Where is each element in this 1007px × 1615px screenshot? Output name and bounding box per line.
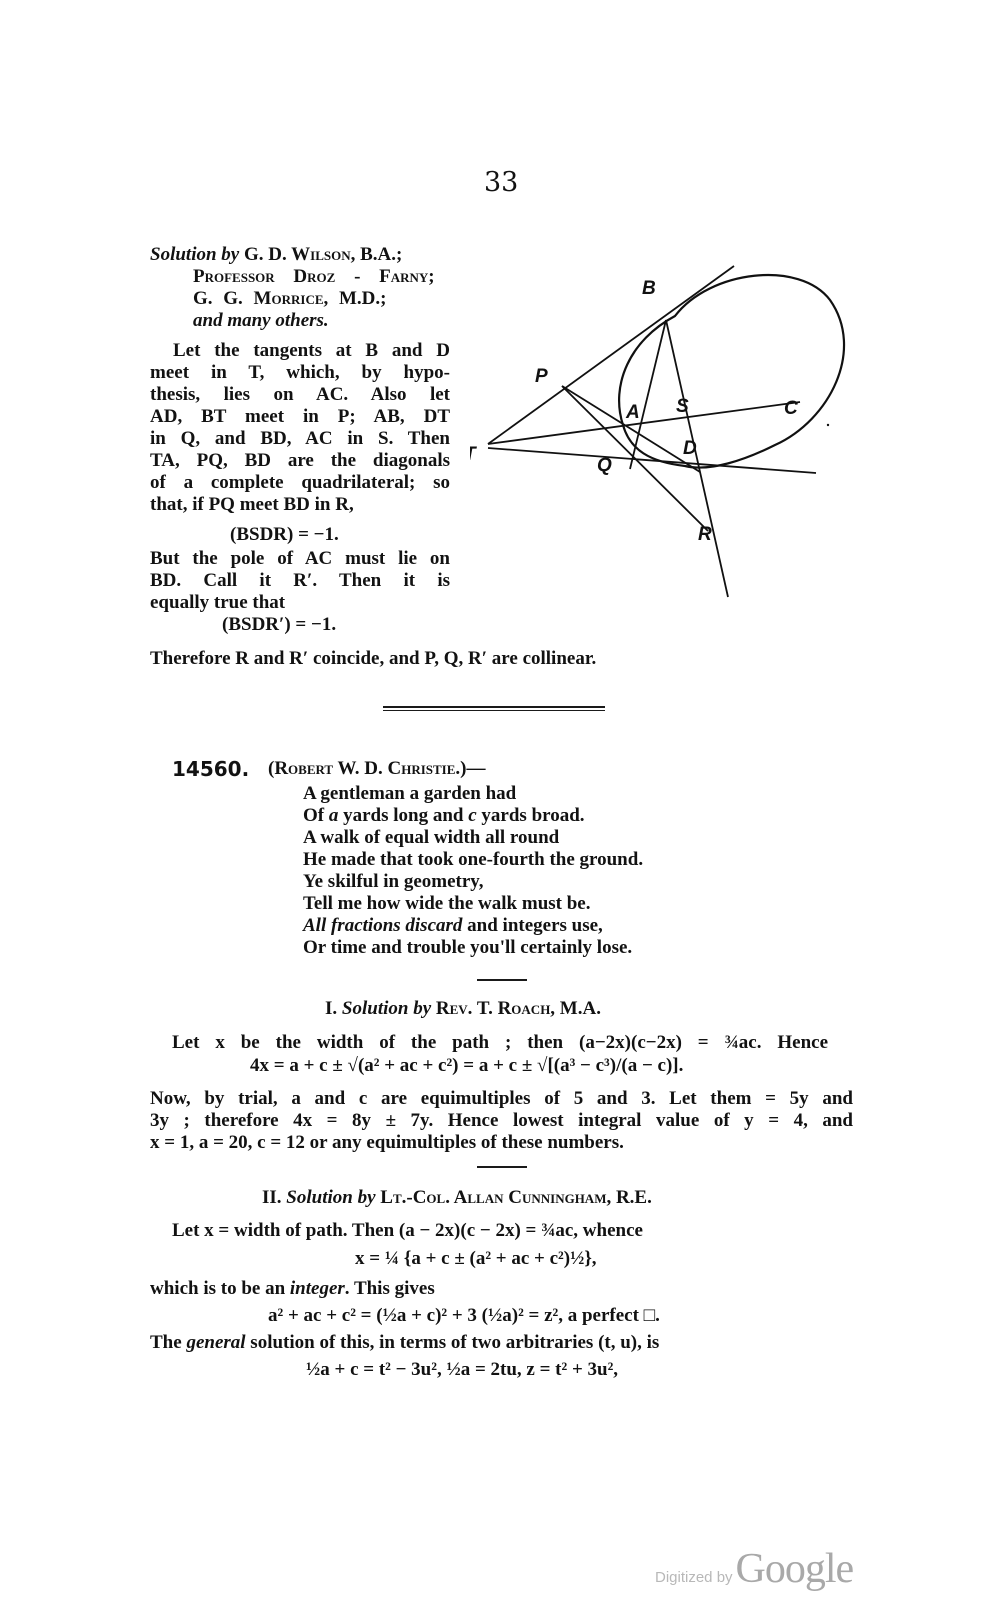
digitized-by-text: Digitized by: [655, 1569, 733, 1586]
label-D: D: [683, 438, 697, 459]
equation-bsdr-prime: (BSDR′) = −1.: [222, 614, 336, 636]
wilson-paragraph-2: But the pole of AC must lie on BD. Call …: [150, 548, 450, 614]
roach-line-5: x = 1, a = 20, c = 12 or any equimultipl…: [150, 1132, 624, 1154]
label-B: B: [642, 278, 656, 299]
label-T: T: [470, 444, 477, 465]
roach-line-3: Now, by trial, a and c are equimultiples…: [150, 1088, 853, 1110]
verse-line: Ye skilful in geometry,: [303, 871, 643, 893]
para-line: equally true that: [150, 592, 450, 614]
para-line: in Q, and BD, AC in S. Then: [150, 428, 450, 450]
problem-proposer: (Robert W. D. Christie.)—: [268, 758, 485, 780]
short-divider-2: [477, 1166, 527, 1168]
roach-equation: 4x = a + c ± √(a² + ac + c²) = a + c ± √…: [250, 1055, 683, 1077]
verse-line: All fractions discard and integers use,: [303, 915, 643, 937]
author-wilson: G. D. Wilson, B.A.;: [244, 244, 402, 265]
label-R: R: [698, 524, 712, 545]
label-S: S: [676, 396, 689, 417]
solution-heading-roach: I. Solution by Rev. T. Roach, M.A.: [325, 998, 601, 1020]
cunningham-line-5: The general solution of this, in terms o…: [150, 1332, 659, 1354]
cunningham-equation-x: x = ¼ {a + c ± (a² + ac + c²)½},: [355, 1248, 597, 1270]
cunningham-line-3: which is to be an integer. This gives: [150, 1278, 435, 1300]
cunningham-general-solution: ½a + c = t² − 3u², ½a = 2tu, z = t² + 3u…: [306, 1359, 618, 1381]
verse-line: Or time and trouble you'll certainly los…: [303, 937, 643, 959]
solution-by-label: Solution by: [150, 244, 239, 265]
author-droz-farny: Professor Droz - Farny;: [193, 266, 448, 288]
wilson-paragraph: Let the tangents at B and D meet in T, w…: [150, 340, 450, 516]
label-Q: Q: [597, 455, 612, 476]
label-P: P: [535, 366, 548, 387]
geometry-figure: B P A S C T Q D R: [470, 250, 850, 620]
author-morrice: G. G. Morrice, M.D.;: [193, 288, 448, 310]
label-A: A: [625, 402, 640, 423]
problem-verse: A gentleman a garden had Of a yards long…: [303, 783, 643, 959]
para-line: BD. Call it R′. Then it is: [150, 570, 450, 592]
stray-dot: [827, 424, 829, 426]
cunningham-equation-square: a² + ac + c² = (½a + c)² + 3 (½a)² = z²,…: [268, 1305, 660, 1327]
para-line: AD, BT meet in P; AB, DT: [150, 406, 450, 428]
solution-heading-wilson: Solution by G. D. Wilson, B.A.;: [150, 244, 402, 266]
verse-line: A gentleman a garden had: [303, 783, 643, 805]
para-line: meet in T, which, by hypo-: [150, 362, 450, 384]
author-others: and many others.: [193, 310, 329, 332]
section-divider-bottom: [383, 710, 605, 711]
para-line: Let the tangents at B and D: [150, 340, 450, 362]
para-line: that, if PQ meet BD in R,: [150, 494, 450, 516]
wilson-conclusion: Therefore R and R′ coincide, and P, Q, R…: [150, 648, 596, 670]
para-line: But the pole of AC must lie on: [150, 548, 450, 570]
verse-line: A walk of equal width all round: [303, 827, 643, 849]
verse-line: He made that took one-fourth the ground.: [303, 849, 643, 871]
para-line: thesis, lies on AC. Also let: [150, 384, 450, 406]
label-C: C: [784, 398, 798, 419]
section-divider-top: [383, 706, 605, 708]
equation-bsdr: (BSDR) = −1.: [230, 524, 339, 546]
problem-number: 14560.: [172, 758, 249, 780]
verse-line: Of a yards long and c yards broad.: [303, 805, 643, 827]
roach-line-4: 3y ; therefore 4x = 8y ± 7y. Hence lowes…: [150, 1110, 853, 1132]
para-line: TA, PQ, BD are the diagonals: [150, 450, 450, 472]
verse-line: Tell me how wide the walk must be.: [303, 893, 643, 915]
short-divider-1: [477, 979, 527, 981]
page-number: 33: [484, 172, 518, 194]
cunningham-line-1: Let x = width of path. Then (a − 2x)(c −…: [172, 1220, 643, 1242]
solution-heading-cunningham: II. Solution by Lt.-Col. Allan Cunningha…: [262, 1187, 652, 1209]
roach-line-1: Let x be the width of the path ; then (a…: [172, 1032, 828, 1054]
google-logo: Google: [736, 1545, 854, 1593]
google-watermark: Digitized by Google: [655, 1545, 853, 1593]
para-line: of a complete quadrilateral; so: [150, 472, 450, 494]
